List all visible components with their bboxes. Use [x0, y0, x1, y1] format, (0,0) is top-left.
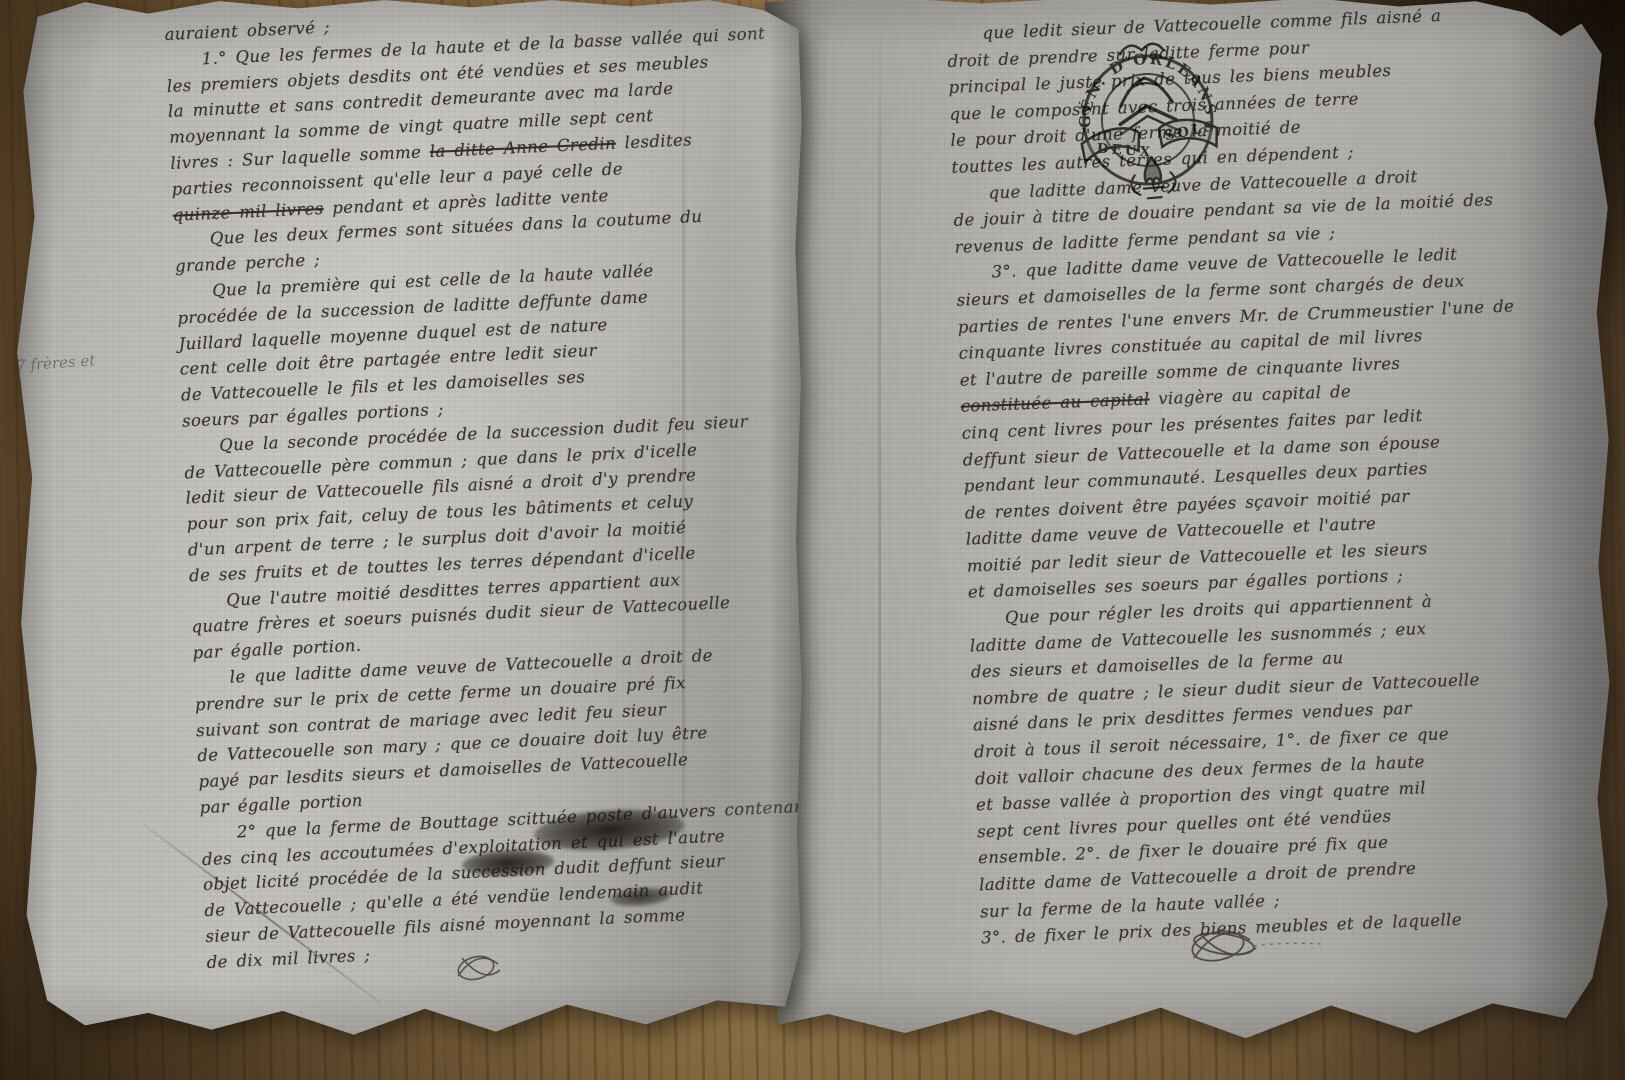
stamp-banner-right-shape: [1158, 117, 1218, 151]
handwritten-text: objet licité procédée de la succession d…: [203, 852, 725, 895]
manuscript-line: laditte dame de Vattecouelle les susnomm…: [969, 609, 1602, 660]
fleur-de-lis-icon: [1143, 157, 1161, 184]
left-page-paper: auraient observé ;1.° Que les fermes de …: [14, 0, 804, 1040]
manuscript-line: 1.° Que les fermes de la haute et de la …: [201, 19, 791, 71]
ink-blot: [609, 885, 672, 908]
manuscript-line: par égalle portion.: [192, 612, 818, 666]
manuscript-line: procédée de la succession de laditte def…: [177, 277, 803, 331]
handwritten-text: payé par lesdits sieurs et damoiselles d…: [198, 750, 689, 791]
manuscript-line: pendant leur communauté. Lesquelles deux…: [963, 449, 1596, 500]
handwritten-text: de dix mil livres ;: [206, 945, 371, 971]
handwritten-text: sur la ferme de la haute vallée ;: [980, 890, 1280, 920]
handwritten-text: Que la seconde procédée de la succession…: [219, 412, 749, 455]
stamp-banner-left-shape: [1081, 127, 1141, 162]
handwritten-text: de Vattecouelle le fils et les damoisell…: [181, 367, 586, 404]
manuscript-line: les premiers objets desdits ont été vend…: [166, 45, 792, 99]
handwritten-text: pendant leur communauté. Lesquelles deux…: [963, 459, 1427, 496]
handwritten-text: sept cent livres pour quelles ont été ve…: [977, 806, 1392, 841]
right-page: que ledit sieur de Vattecouelle comme fi…: [760, 0, 1612, 1052]
handwritten-text: laditte dame de Vattecouelle les susnomm…: [970, 619, 1427, 656]
paraph-flourish-icon: [1180, 914, 1330, 978]
manuscript-line: sur la ferme de la haute vallée ;: [980, 875, 1613, 926]
ink-blot: [461, 848, 554, 879]
handwritten-text: droit à tous il seroit nécessaire, 1°. d…: [974, 724, 1450, 761]
handwritten-text: pour son prix fait, celuy de tous les bâ…: [186, 492, 693, 534]
stamp-banner-text-left: DEUX: [1096, 141, 1153, 161]
handwritten-text: cinquante livres constituée au capital d…: [958, 326, 1423, 363]
handwritten-text: droit de prendre sur laditte ferme pour: [947, 38, 1309, 71]
handwritten-text: et damoiselles ses soeurs par égalles po…: [968, 566, 1404, 602]
manuscript-line: ledit sieur de Vattecouelle fils aisné a…: [185, 458, 811, 512]
manuscript-line: de Vattecouelle le fils et les damoisell…: [180, 354, 806, 408]
handwritten-text: lesdites: [616, 130, 693, 152]
handwritten-text: laditte dame de Vattecouelle a droit de …: [979, 859, 1417, 895]
handwritten-text: Que les deux fermes sont situées dans la…: [209, 207, 702, 248]
handwritten-text: moitié par ledit sieur de Vattecouelle e…: [967, 539, 1428, 576]
handwritten-text: doit valloir chacune des deux fermes de …: [975, 752, 1425, 788]
manuscript-line: objet licité procédée de la succession d…: [203, 844, 829, 898]
manuscript-line: quinze mil livres pendant et après ladit…: [172, 174, 798, 228]
handwritten-text: quatre frères et soeurs puisnés dudit si…: [191, 593, 731, 636]
manuscript-line: principal le juste prix de tous les bien…: [948, 51, 1581, 102]
fold-crease: [878, 26, 881, 1006]
manuscript-line: moitié par ledit sieur de Vattecouelle e…: [966, 529, 1599, 580]
handwritten-text: viagère au capital de: [1149, 382, 1351, 409]
right-page-text: que ledit sieur de Vattecouelle comme fi…: [946, 0, 1613, 952]
handwritten-text: 3°. de fixer le prix des biens meubles e…: [981, 910, 1462, 947]
handwritten-text: grande perche ;: [175, 250, 321, 276]
manuscript-line: livres : Sur laquelle somme la ditte Ann…: [170, 122, 796, 176]
handwritten-text: cent celle doit être partagée entre ledi…: [179, 341, 597, 379]
manuscript-line: pour son prix fait, celuy de tous les bâ…: [186, 483, 812, 537]
manuscript-line: sieur de Vattecouelle fils aisné moyenna…: [205, 896, 831, 950]
manuscript-line: et damoiselles ses soeurs par égalles po…: [967, 556, 1600, 607]
handwritten-text: moyennant la somme de vingt quatre mille…: [169, 106, 654, 147]
handwritten-text: ledit sieur de Vattecouelle fils aisné a…: [185, 466, 696, 508]
handwritten-text: que le composent avec trois années de te…: [949, 89, 1359, 124]
handwritten-text: revenus de laditte ferme pendant sa vie …: [954, 223, 1335, 257]
manuscript-line: deffunt sieur de Vattecouelle et la dame…: [962, 423, 1595, 474]
fold-crease: [682, 34, 685, 984]
left-page: auraient observé ;1.° Que les fermes de …: [14, 0, 804, 1040]
paper-crease-line: [141, 822, 382, 1004]
struck-text: quinze mil livres: [172, 199, 324, 225]
manuscript-line: Que la seconde procédée de la succession…: [219, 406, 809, 458]
manuscript-line: sieurs et damoiselles de la ferme sont c…: [956, 263, 1589, 314]
handwritten-text: Juillard laquelle moyenne duquel est de …: [178, 315, 608, 353]
manuscript-line: soeurs par égalles portions ;: [182, 380, 808, 434]
handwritten-text: le pour droit d'une ferme la moitié de: [950, 118, 1301, 150]
handwritten-text: que ledit sieur de Vattecouelle comme fi…: [982, 6, 1442, 43]
handwritten-text: pendant et après laditte vente: [323, 186, 609, 218]
handwritten-text: touttes les autres terres qui en dépende…: [951, 142, 1354, 176]
manuscript-line: nombre de quatre ; le sieur dudit sieur …: [972, 662, 1605, 713]
manuscript-line: auraient observé ;: [164, 0, 790, 48]
handwritten-text: parties de rentes l'une envers Mr. de Cr…: [957, 296, 1514, 336]
handwritten-text: principal le juste prix de tous les bien…: [948, 61, 1391, 97]
manuscript-line: droit de prendre sur laditte ferme pour: [947, 24, 1580, 75]
manuscript-line: d'un arpent de terre ; le surplus doit d…: [187, 509, 813, 563]
manuscript-line: aisné dans le prix desdittes fermes vend…: [973, 689, 1606, 740]
manuscript-line: par égalle portion: [199, 767, 825, 821]
handwritten-text: de Vattecouelle père commun ; que dans l…: [184, 440, 698, 482]
handwritten-text: 3°. que laditte dame veuve de Vattecouel…: [991, 245, 1457, 282]
handwritten-text: les premiers objets desdits ont été vend…: [166, 52, 708, 96]
manuscript-line: Que pour régler les droits qui appartien…: [1004, 582, 1601, 631]
manuscript-line: constituée au capital viagère au capital…: [960, 370, 1593, 421]
handwritten-text: et basse vallée à proportion des vingt q…: [976, 778, 1426, 814]
manuscript-line: payé par lesdits sieurs et damoiselles d…: [198, 741, 824, 795]
handwritten-text: le que laditte dame veuve de Vattecouell…: [229, 646, 713, 687]
handwritten-text: auraient observé ;: [164, 17, 330, 43]
manuscript-line: cent celle doit être partagée entre ledi…: [179, 329, 805, 383]
handwritten-text: Que la première qui est celle de la haut…: [212, 261, 654, 300]
ink-blot: [533, 805, 685, 855]
manuscript-line: Juillard laquelle moyenne duquel est de …: [178, 303, 804, 357]
manuscript-line: quatre frères et soeurs puisnés dudit si…: [191, 586, 817, 640]
stamp-banner-text-right: SOLS: [1163, 118, 1218, 145]
manuscript-line: de dix mil livres ;: [206, 921, 832, 975]
manuscript-line: des cinq les accoutumées d'exploitation …: [201, 818, 827, 872]
manuscript-line: des sieurs et damoiselles de la ferme au: [971, 636, 1604, 687]
manuscript-line: de Vattecouelle père commun ; que dans l…: [184, 432, 810, 486]
handwritten-text: parties reconnoissent qu'elle leur a pay…: [171, 159, 623, 198]
manuscript-line: 2° que la ferme de Bouttage scittuée pos…: [236, 793, 826, 845]
handwritten-text: de jouir à titre de douaire pendant sa v…: [953, 190, 1493, 230]
handwritten-text: par égalle portion: [199, 791, 363, 817]
manuscript-line: cinquante livres constituée au capital d…: [958, 317, 1591, 368]
handwritten-text: aisné dans le prix desdittes fermes vend…: [973, 699, 1413, 735]
tax-stamp: GÉN. D'ORLEANS DEUX SOLS: [1052, 19, 1244, 224]
stamp-plume-icon: [1118, 76, 1172, 106]
manuscript-line: de jouir à titre de douaire pendant sa v…: [953, 184, 1586, 235]
manuscript-line: de ses fruits et de touttes les terres d…: [189, 535, 815, 589]
handwritten-text: livres : Sur laquelle somme: [170, 142, 430, 173]
handwritten-text: sieurs et damoiselles de la ferme sont c…: [956, 271, 1465, 309]
right-page-paper: que ledit sieur de Vattecouelle comme fi…: [760, 0, 1612, 1052]
handwritten-text: de Vattecouelle son mary ; que ce douair…: [197, 723, 708, 765]
photograph-of-manuscript: que ledit sieur de Vattecouelle comme fi…: [0, 0, 1625, 1080]
manuscript-line: Que les deux fermes sont situées dans la…: [209, 200, 799, 252]
handwritten-text: procédée de la succession de laditte def…: [177, 287, 648, 327]
manuscript-line: cinq cent livres pour les présentes fait…: [961, 396, 1594, 447]
handwritten-text: d'un arpent de terre ; le surplus doit d…: [188, 518, 687, 560]
handwritten-text: deffunt sieur de Vattecouelle et la dame…: [962, 432, 1440, 469]
manuscript-line: ensemble. 2°. de fixer le douaire pré fi…: [978, 822, 1611, 873]
handwritten-text: cinq cent livres pour les présentes fait…: [961, 406, 1422, 443]
manuscript-line: droit à tous il seroit nécessaire, 1°. d…: [974, 715, 1607, 766]
stamp-chevron-icon: [1119, 104, 1176, 125]
manuscript-line: doit valloir chacune des deux fermes de …: [975, 742, 1608, 793]
handwritten-text: 1.° Que les fermes de la haute et de la …: [201, 24, 765, 69]
manuscript-line: le pour droit d'une ferme la moitié de: [950, 104, 1583, 155]
handwritten-text: laditte dame veuve de Vattecouelle et l'…: [966, 514, 1377, 549]
svg-text:GÉN. D'ORLEANS: GÉN. D'ORLEANS: [1070, 44, 1221, 130]
manuscript-line: parties de rentes l'une envers Mr. de Cr…: [957, 290, 1590, 341]
struck-text: la ditte Anne Credin: [429, 134, 616, 161]
handwritten-text: des cinq les accoutumées d'exploitation …: [202, 826, 726, 869]
manuscript-line: suivant son contrat de mariage avec ledi…: [196, 689, 822, 743]
manuscript-line: 3°. que laditte dame veuve de Vattecouel…: [991, 237, 1588, 286]
stamp-arc-text: GÉN. D'ORLEANS: [1070, 44, 1221, 130]
handwritten-text: Que l'autre moitié desdittes terres appa…: [226, 570, 681, 610]
manuscript-line: Que la première qui est celle de la haut…: [212, 251, 802, 303]
manuscript-line: parties reconnoissent qu'elle leur a pay…: [171, 148, 797, 202]
handwritten-text: des sieurs et damoiselles de la ferme au: [971, 648, 1344, 681]
handwritten-text: ensemble. 2°. de fixer le douaire pré fi…: [978, 833, 1389, 868]
manuscript-line: grande perche ;: [175, 226, 801, 280]
handwritten-text: prendre sur le prix de cette ferme un do…: [195, 673, 687, 714]
paraph-flourish-icon: [444, 946, 514, 990]
left-page-text: auraient observé ;1.° Que les fermes de …: [164, 0, 832, 976]
struck-text: constituée au capital: [960, 390, 1150, 416]
stamp-crown-ornament: [1119, 43, 1163, 54]
manuscript-line: de rentes doivent être payées sçavoir mo…: [964, 476, 1597, 527]
handwritten-text: que laditte dame veuve de Vattecouelle a…: [988, 167, 1418, 202]
handwritten-text: soeurs par égalles portions ;: [182, 400, 444, 431]
handwritten-text: de rentes doivent être payées sçavoir mo…: [964, 486, 1409, 522]
manuscript-line: sept cent livres pour quelles ont été ve…: [977, 795, 1610, 846]
manuscript-line: 3°. de fixer le prix des biens meubles e…: [981, 901, 1614, 952]
manuscript-line: Que l'autre moitié desdittes terres appa…: [226, 561, 816, 613]
manuscript-line: moyennant la somme de vingt quatre mille…: [169, 97, 795, 151]
manuscript-line: le que laditte dame veuve de Vattecouell…: [229, 638, 819, 690]
manuscript-line: que laditte dame veuve de Vattecouelle a…: [988, 157, 1585, 206]
handwritten-text: de ses fruits et de touttes les terres d…: [189, 543, 696, 585]
handwritten-text: nombre de quatre ; le sieur dudit sieur …: [972, 670, 1480, 708]
handwritten-text: et l'autre de pareille somme de cinquant…: [959, 354, 1400, 390]
manuscript-line: touttes les autres terres qui en dépende…: [951, 131, 1584, 182]
handwritten-text: la minutte et sans contredit demeurante …: [168, 79, 674, 121]
handwritten-text: par égalle portion.: [192, 636, 362, 663]
manuscript-line: revenus de laditte ferme pendant sa vie …: [954, 210, 1587, 261]
handwritten-text: sieur de Vattecouelle fils aisné moyenna…: [205, 905, 686, 946]
manuscript-line: laditte dame veuve de Vattecouelle et l'…: [965, 503, 1598, 554]
handwritten-text: suivant son contrat de mariage avec ledi…: [196, 699, 667, 739]
manuscript-line: et basse vallée à proportion des vingt q…: [976, 768, 1609, 819]
manuscript-line: laditte dame de Vattecouelle a droit de …: [979, 848, 1612, 899]
manuscript-line: et l'autre de pareille somme de cinquant…: [959, 343, 1592, 394]
manuscript-line: prendre sur le prix de cette ferme un do…: [194, 664, 820, 718]
manuscript-line: de Vattecouelle ; qu'elle a été vendüe l…: [204, 870, 830, 924]
handwritten-text: 2° que la ferme de Bouttage scittuée pos…: [236, 796, 812, 841]
handwritten-text: de Vattecouelle ; qu'elle a été vendüe l…: [204, 879, 704, 921]
manuscript-line: la minutte et sans contredit demeurante …: [168, 71, 794, 125]
manuscript-line: que le composent avec trois années de te…: [949, 77, 1582, 128]
manuscript-line: que ledit sieur de Vattecouelle comme fi…: [982, 0, 1579, 47]
handwritten-text: Que pour régler les droits qui appartien…: [1005, 592, 1433, 627]
manuscript-line: de Vattecouelle son mary ; que ce douair…: [197, 715, 823, 769]
